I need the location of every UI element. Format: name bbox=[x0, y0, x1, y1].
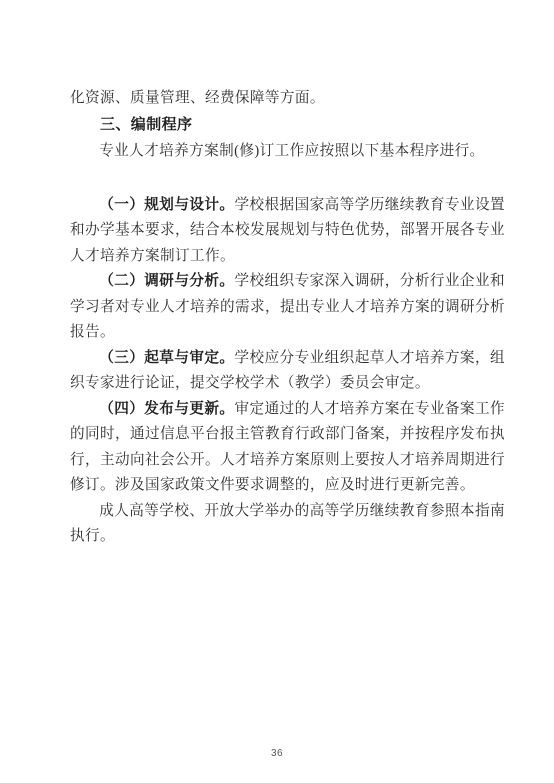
procedure-item-2-label: （二）调研与分析。 bbox=[99, 273, 234, 289]
procedure-item-3-label: （三）起草与审定。 bbox=[99, 350, 234, 366]
section-heading: 三、编制程序 bbox=[70, 112, 505, 138]
procedure-item-2: （二）调研与分析。学校组织专家深入调研，分析行业企业和学习者对专业人才培养的需求… bbox=[70, 269, 505, 346]
intro-paragraph: 专业人才培养方案制(修)订工作应按照以下基本程序进行。 bbox=[70, 139, 505, 165]
closing-paragraph: 成人高等学校、开放大学举办的高等学历继续教育参照本指南执行。 bbox=[70, 499, 505, 550]
procedure-item-4: （四）发布与更新。审定通过的人才培养方案在专业备案工作的同时，通过信息平台报主管… bbox=[70, 397, 505, 499]
continuation-paragraph: 化资源、质量管理、经费保障等方面。 bbox=[70, 86, 505, 112]
document-page: 化资源、质量管理、经费保障等方面。 三、编制程序 专业人才培养方案制(修)订工作… bbox=[0, 0, 554, 783]
page-number: 36 bbox=[0, 741, 554, 767]
procedure-item-1: （一）规划与设计。学校根据国家高等学历继续教育专业设置和办学基本要求，结合本校发… bbox=[70, 193, 505, 270]
procedure-item-4-label: （四）发布与更新。 bbox=[99, 401, 234, 417]
procedure-item-3: （三）起草与审定。学校应分专业组织起草人才培养方案，组织专家进行论证，提交学校学… bbox=[70, 346, 505, 397]
procedure-item-1-label: （一）规划与设计。 bbox=[99, 197, 234, 213]
